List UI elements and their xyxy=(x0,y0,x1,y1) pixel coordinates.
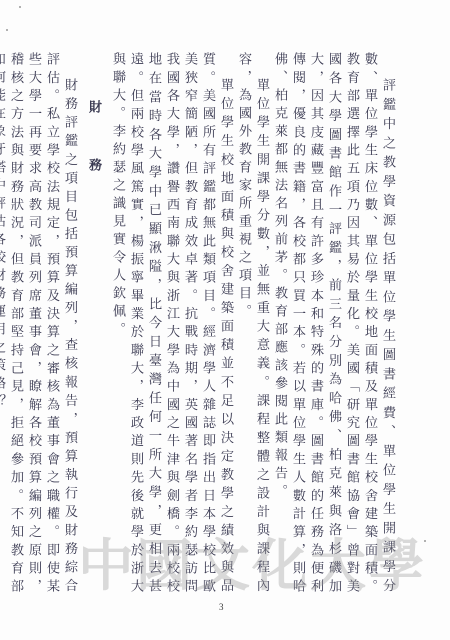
paragraph-campus-area: 單位學生校地面積與校舍建築面積並不足以決定教學之績效與品質。美國所有評鑑都無此類… xyxy=(108,52,234,597)
vertical-text-body: 評鑑中之教學資源包括單位學生圖書經費、單位學生開課學分數、單位學生床位數、單位學… xyxy=(0,52,396,597)
paragraph-finance-evaluation: 財務評鑑之項目包括預算編列，查核報告，預算執行及財務綜合評估。私立學校法規定，預… xyxy=(0,52,78,597)
page-number: 3 xyxy=(219,602,224,612)
paragraph-credit-hours: 單位學生開課學分數，並無重大意義。課程整體之設計與課程內容，為國外教育家所重視之… xyxy=(234,52,270,597)
section-heading-finance: 財 務 xyxy=(84,52,102,597)
document-page: 評鑑中之教學資源包括單位學生圖書經費、單位學生開課學分數、單位學生床位數、單位學… xyxy=(0,0,450,640)
paragraph-teaching-resources: 評鑑中之教學資源包括單位學生圖書經費、單位學生開課學分數、單位學生床位數、單位學… xyxy=(270,52,396,597)
scan-speck xyxy=(6,29,8,31)
scan-speck xyxy=(19,6,21,8)
scan-speck xyxy=(424,540,426,542)
